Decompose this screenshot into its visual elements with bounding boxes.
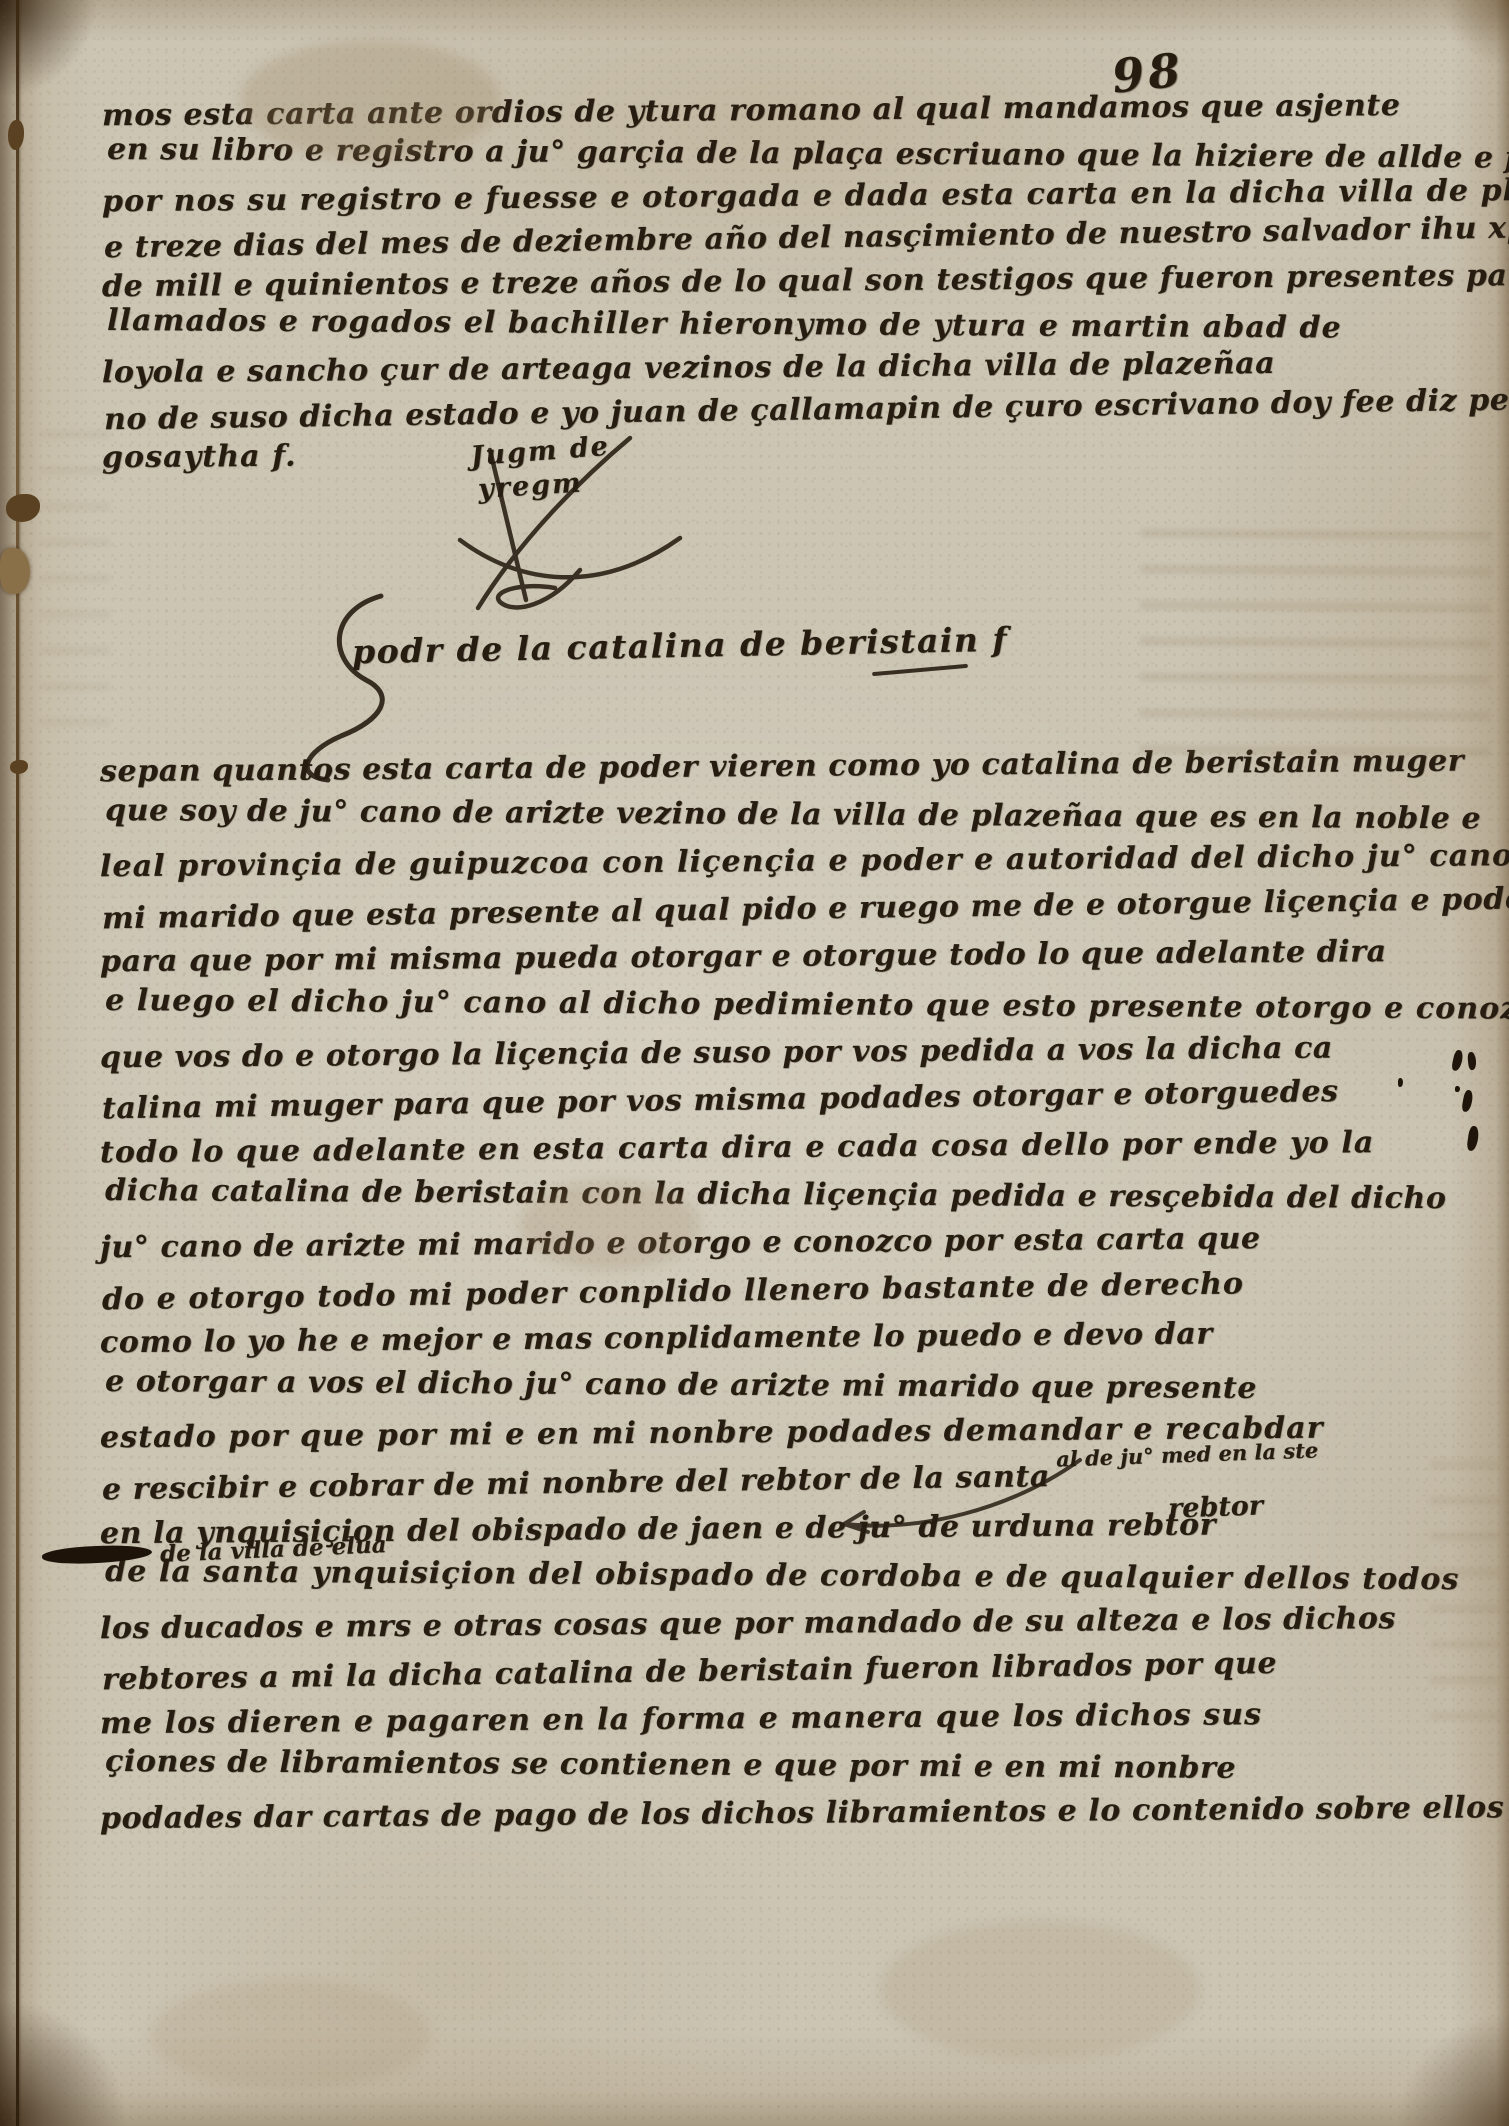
binding-knot (8, 120, 24, 150)
notary-signature: Jugm deyregm (470, 433, 614, 511)
insertion-arrow (830, 1440, 1090, 1550)
paper-stain (880, 1920, 1200, 2060)
pen-stroke (872, 664, 968, 676)
ink-mark (1466, 1125, 1479, 1151)
ink-mark (1451, 1049, 1464, 1071)
binding-knot (10, 760, 28, 774)
show-through-texture (40, 430, 110, 730)
binding-stitch-line (16, 0, 19, 2126)
section-heading: podr de la catalina de beristain f (352, 620, 1009, 672)
manuscript-line: gosaytha f. (102, 433, 1432, 486)
show-through-texture (1139, 528, 1491, 761)
parchment-tab (0, 548, 30, 594)
power-of-attorney-block: sepan quantos esta carta de poder vieren… (100, 752, 1440, 1847)
insertion-word: rebtor (1167, 1490, 1263, 1524)
paper-stain (150, 1980, 430, 2090)
binding-knot (6, 494, 40, 522)
closing-block: mos esta carta ante ordios de ytura roma… (102, 96, 1432, 481)
ink-mark (1467, 1052, 1477, 1071)
manuscript-line: podades dar cartas de pago de los dichos… (100, 1794, 1440, 1852)
ink-mark (1461, 1089, 1474, 1112)
manuscript-page: 98 mos esta carta ante ordios de ytura r… (0, 0, 1509, 2126)
ink-mark (1455, 1086, 1460, 1092)
